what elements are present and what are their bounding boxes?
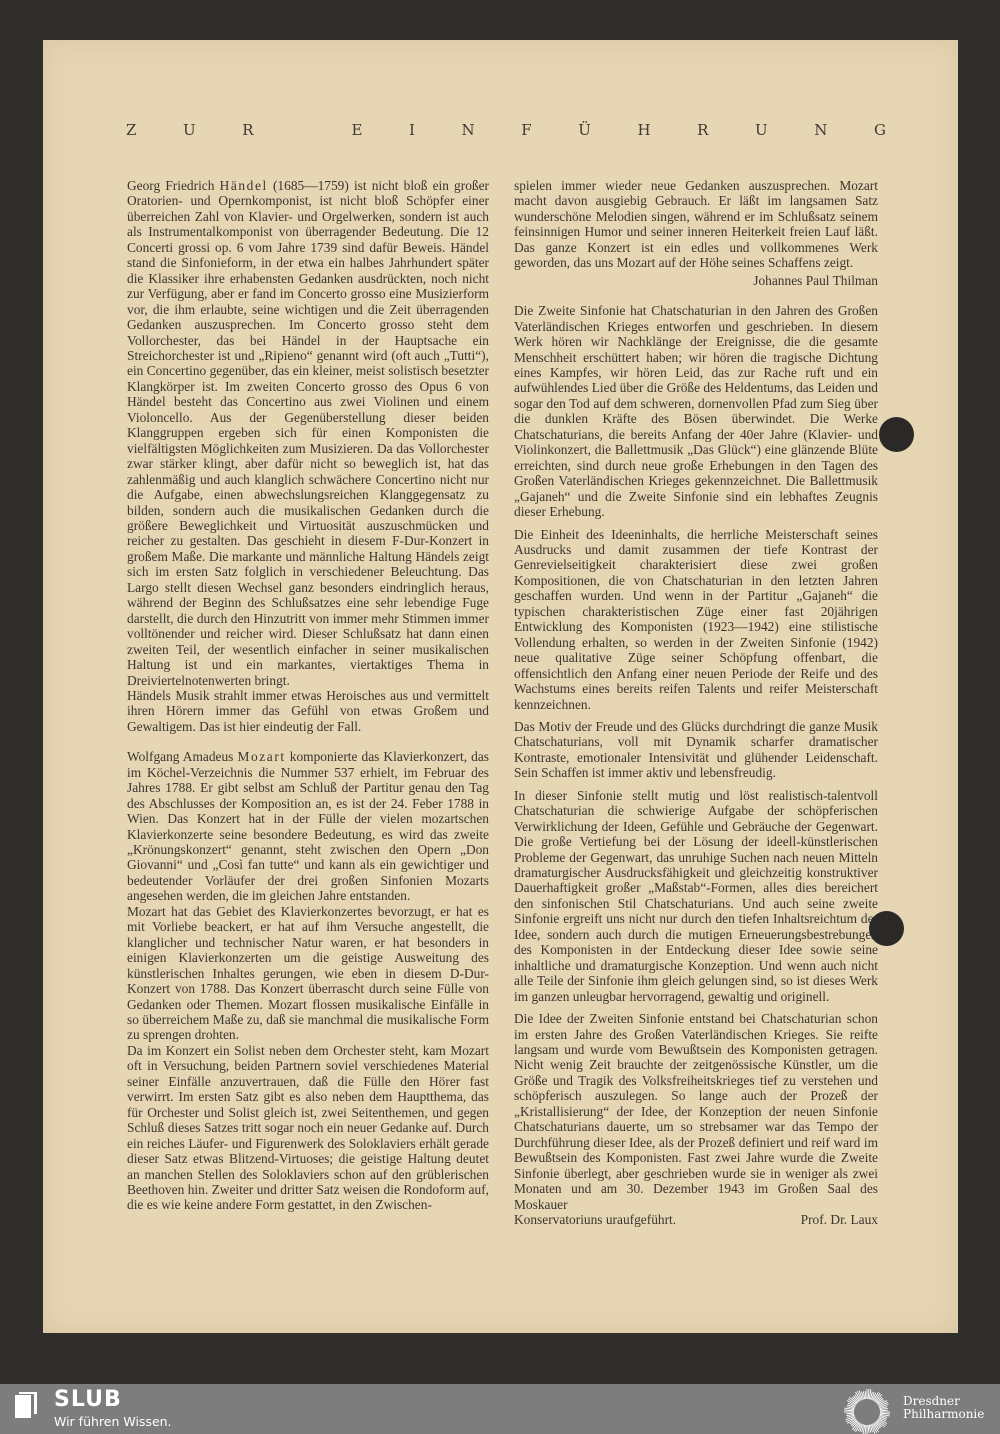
composer-name-mozart: Mozart — [237, 749, 285, 764]
chatschaturian-paragraph-5: Die Idee der Zweiten Sinfonie entstand b… — [514, 1011, 878, 1212]
handel-closing-paragraph: Händels Musik strahlt immer etwas Herois… — [127, 688, 489, 734]
book-pages-icon — [13, 1391, 39, 1419]
partner-name[interactable]: Dresdner Philharmonie — [903, 1395, 984, 1421]
mozart-continued-paragraph: spielen immer wieder neue Gedanken auszu… — [514, 178, 878, 271]
chatschaturian-paragraph-3: Das Motiv der Freude und des Glücks durc… — [514, 719, 878, 781]
premiere-text: Konservatoriuns uraufgeführt. — [514, 1212, 676, 1227]
heading-letter: Z — [126, 121, 136, 139]
heading-letter: U — [183, 121, 196, 139]
radiant-ring-icon — [842, 1387, 892, 1434]
chatschaturian-paragraph-4: In dieser Sinfonie stellt mutig und löst… — [514, 788, 878, 1004]
left-column: Georg Friedrich Händel (1685—1759) ist n… — [127, 178, 489, 1213]
heading-letter: G — [874, 121, 886, 139]
mozart-paragraph-3: Da im Konzert ein Solist neben dem Orche… — [127, 1043, 489, 1213]
chatschaturian-paragraph-1: Die Zweite Sinfonie hat Chatschaturian i… — [514, 303, 878, 519]
mozart-paragraph-1: Wolfgang Amadeus Mozart komponierte das … — [127, 749, 489, 904]
heading-letter: R — [242, 121, 253, 139]
heading-letter — [300, 121, 305, 139]
slub-title[interactable]: SLUB — [54, 1387, 122, 1412]
heading-letter: R — [697, 121, 708, 139]
heading-letter: N — [462, 121, 475, 139]
chatschaturian-paragraph-2: Die Einheit des Ideeninhalts, die herrli… — [514, 527, 878, 712]
punch-hole — [879, 417, 914, 452]
composer-name-handel: Händel — [220, 178, 268, 193]
slub-tagline: Wir führen Wissen. — [54, 1414, 172, 1429]
heading-letter: U — [755, 121, 768, 139]
heading-letter: E — [351, 121, 362, 139]
author-signature-laux: Prof. Dr. Laux — [801, 1212, 878, 1227]
mozart-paragraph-2: Mozart hat das Gebiet des Klavierkonzert… — [127, 904, 489, 1043]
heading-letter: Ü — [578, 121, 591, 139]
footer-band: SLUB Wir führen Wissen. Dresdner Philhar… — [0, 1384, 1000, 1434]
author-signature-thilman: Johannes Paul Thilman — [514, 273, 878, 288]
handel-paragraph: Georg Friedrich Händel (1685—1759) ist n… — [127, 178, 489, 688]
closing-line: Konservatoriuns uraufgeführt. Prof. Dr. … — [514, 1212, 878, 1227]
page-heading: ZUR EINFÜHRUNG — [126, 121, 886, 139]
punch-hole — [869, 911, 904, 946]
heading-letter: N — [814, 121, 827, 139]
heading-letter: I — [409, 121, 415, 139]
heading-letter: F — [521, 121, 531, 139]
right-column: spielen immer wieder neue Gedanken auszu… — [514, 178, 878, 1227]
heading-letter: H — [637, 121, 650, 139]
